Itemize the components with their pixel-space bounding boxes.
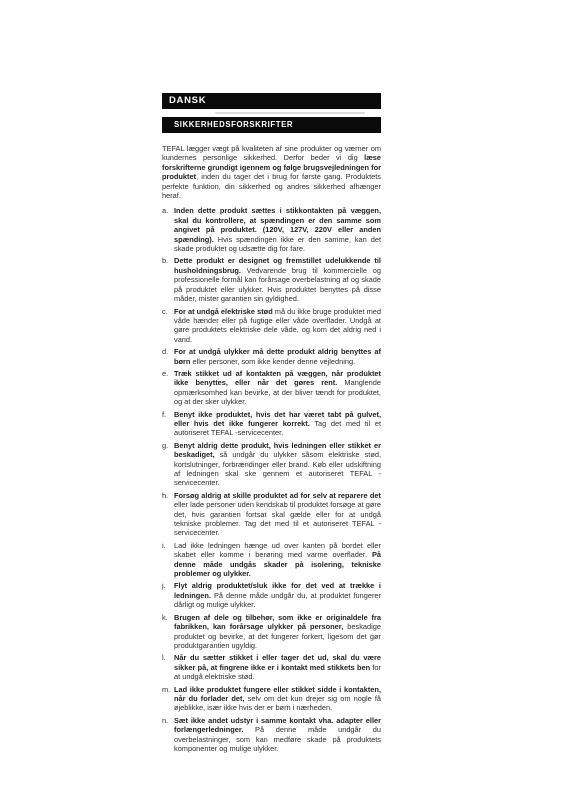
item-label: e.: [162, 369, 174, 407]
intro-paragraph: TEFAL lægger vægt på kvaliteten af sine …: [162, 144, 381, 200]
item-label: n.: [162, 716, 174, 754]
safety-item: f.Benyt ikke produktet, hvis det har vær…: [162, 410, 381, 438]
item-label: j.: [162, 581, 174, 609]
item-label: h.: [162, 491, 174, 538]
item-text: Brugen af dele og tilbehør, som ikke er …: [174, 613, 381, 651]
language-header-bar: DANSK: [162, 93, 381, 109]
item-text: Dette produkt er designet og fremstillet…: [174, 256, 381, 303]
safety-item: i.Lad ikke ledningen hænge ud over kante…: [162, 541, 381, 579]
safety-item: g.Benyt aldrig dette produkt, hvis ledni…: [162, 441, 381, 488]
item-label: d.: [162, 347, 174, 366]
safety-item: a.Inden dette produkt sættes i stikkonta…: [162, 206, 381, 253]
manual-page: DANSK SIKKERHEDSFORSKRIFTER TEFAL lægger…: [0, 0, 565, 800]
bold-text: Når du sætter stikket i eller tager det …: [174, 653, 381, 671]
regular-text: eller lade personer uden kendskab til pr…: [174, 500, 381, 537]
item-label: b.: [162, 256, 174, 303]
item-label: c.: [162, 307, 174, 345]
safety-item: b.Dette produkt er designet og fremstill…: [162, 256, 381, 303]
section-header-bar: SIKKERHEDSFORSKRIFTER: [162, 117, 381, 133]
item-text: Inden dette produkt sættes i stikkontakt…: [174, 206, 381, 253]
safety-item: e.Træk stikket ud af kontakten på væggen…: [162, 369, 381, 407]
safety-item: m.Lad ikke produktet fungere eller stikk…: [162, 685, 381, 713]
safety-item: d.For at undgå ulykker må dette produkt …: [162, 347, 381, 366]
regular-text: TEFAL lægger vægt på kvaliteten af sine …: [162, 144, 381, 162]
item-text: Når du sætter stikket i eller tager det …: [174, 653, 381, 681]
item-text: Forsøg aldrig at skille produktet ad for…: [174, 491, 381, 538]
item-text: Flyt aldrig produktet/sluk ikke for det …: [174, 581, 381, 609]
item-label: g.: [162, 441, 174, 488]
item-text: Sæt ikke andet udstyr i samme kontakt vh…: [174, 716, 381, 754]
bold-text: For at undgå elektriske stød: [174, 307, 273, 316]
safety-item: k.Brugen af dele og tilbehør, som ikke e…: [162, 613, 381, 651]
item-text: Lad ikke produktet fungere eller stikket…: [174, 685, 381, 713]
item-text: For at undgå elektriske stød må du ikke …: [174, 307, 381, 345]
item-label: m.: [162, 685, 174, 713]
item-text: Lad ikke ledningen hænge ud over kanten …: [174, 541, 381, 579]
safety-item: n.Sæt ikke andet udstyr i samme kontakt …: [162, 716, 381, 754]
safety-item: j.Flyt aldrig produktet/sluk ikke for de…: [162, 581, 381, 609]
item-label: k.: [162, 613, 174, 651]
item-label: f.: [162, 410, 174, 438]
safety-item: h.Forsøg aldrig at skille produktet ad f…: [162, 491, 381, 538]
item-label: i.: [162, 541, 174, 579]
safety-item: c.For at undgå elektriske stød må du ikk…: [162, 307, 381, 345]
item-text: Benyt aldrig dette produkt, hvis ledning…: [174, 441, 381, 488]
item-label: a.: [162, 206, 174, 253]
regular-text: eller personer, som ikke kender denne ve…: [190, 357, 355, 366]
item-text: For at undgå ulykker må dette produkt al…: [174, 347, 381, 366]
item-text: Træk stikket ud af kontakten på væggen, …: [174, 369, 381, 407]
safety-item: l.Når du sætter stikket i eller tager de…: [162, 653, 381, 681]
regular-text: Lad ikke ledningen hænge ud over kanten …: [174, 541, 381, 559]
item-text: Benyt ikke produktet, hvis det har været…: [174, 410, 381, 438]
item-label: l.: [162, 653, 174, 681]
bold-text: Forsøg aldrig at skille produktet ad for…: [174, 491, 381, 500]
content-column: DANSK SIKKERHEDSFORSKRIFTER TEFAL lægger…: [162, 93, 381, 756]
safety-list: a.Inden dette produkt sættes i stikkonta…: [162, 206, 381, 753]
